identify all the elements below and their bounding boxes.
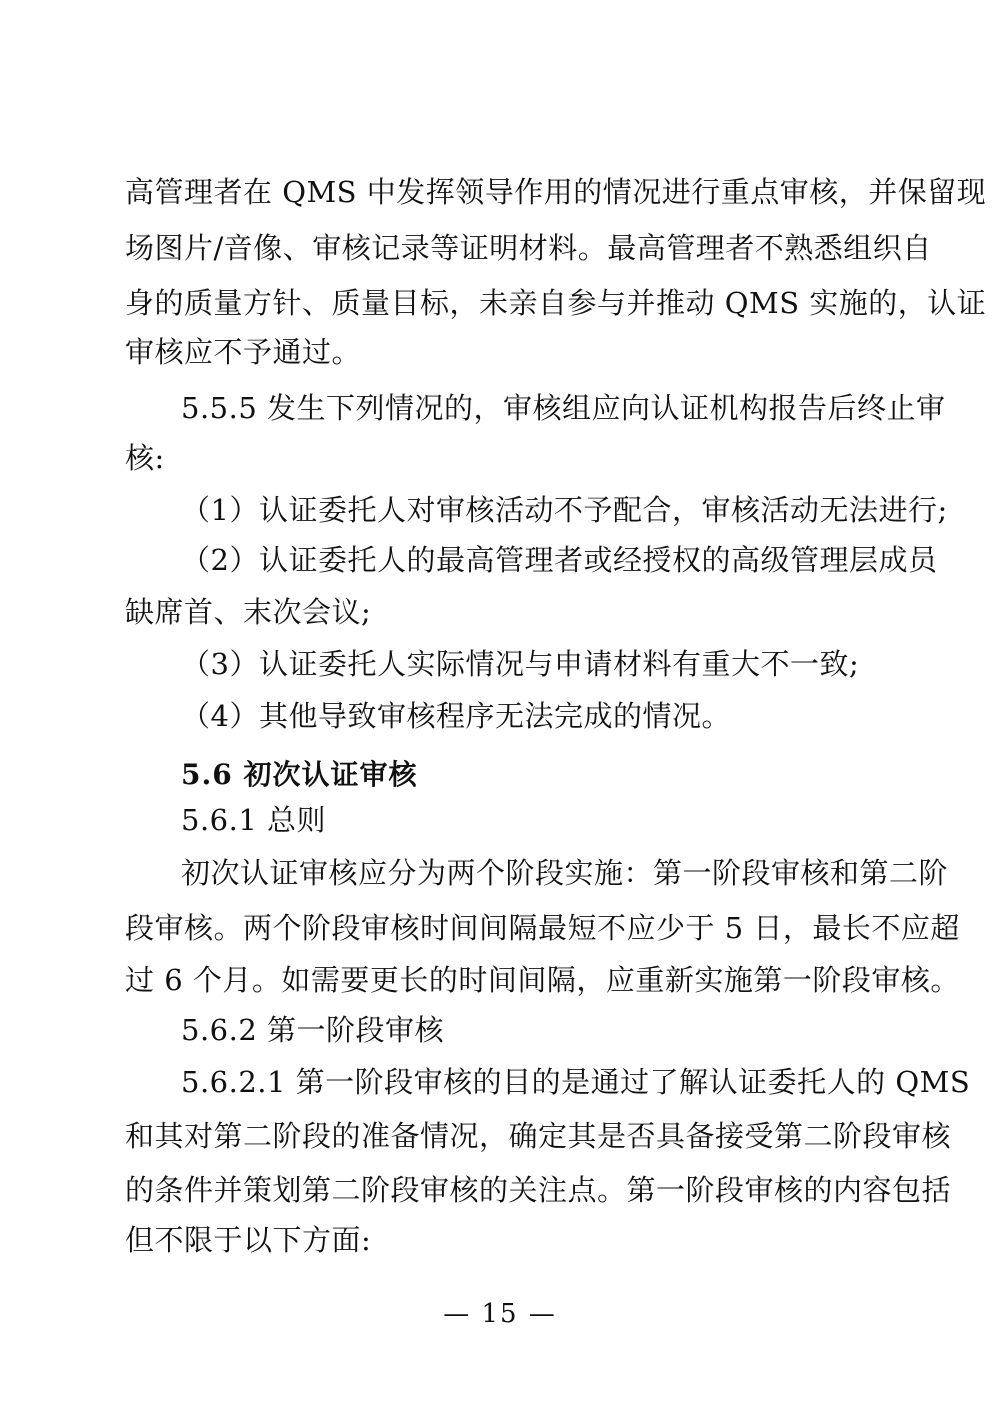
paragraph-line: 缺席首、末次会议; — [125, 594, 877, 630]
clause-5-6-2-1: 5.6.2.1 第一阶段审核的目的是通过了解认证委托人的 QMS — [181, 1064, 877, 1100]
paragraph-line: 审核应不予通过。 — [125, 334, 877, 370]
clause-5-6-2: 5.6.2 第一阶段审核 — [181, 1012, 877, 1048]
page-number: — 15 — — [0, 1296, 1000, 1332]
paragraph-line: 和其对第二阶段的准备情况，确定其是否具备接受第二阶段审核 — [125, 1118, 877, 1154]
paragraph-line: 段审核。两个阶段审核时间间隔最短不应少于 5 日，最长不应超 — [125, 910, 877, 946]
paragraph-line: 场图片/音像、审核记录等证明材料。最高管理者不熟悉组织自 — [125, 230, 877, 266]
clause-5-5-5: 5.5.5 发生下列情况的，审核组应向认证机构报告后终止审 — [181, 390, 877, 426]
paragraph-line: 的条件并策划第二阶段审核的关注点。第一阶段审核的内容包括 — [125, 1172, 877, 1208]
paragraph-line: 核: — [125, 440, 877, 476]
document-page: 高管理者在 QMS 中发挥领导作用的情况进行重点审核，并保留现 场图片/音像、审… — [0, 0, 1000, 1414]
paragraph-line: 身的质量方针、质量目标，未亲自参与并推动 QMS 实施的，认证 — [125, 285, 877, 321]
paragraph-line: 初次认证审核应分为两个阶段实施：第一阶段审核和第二阶 — [181, 855, 877, 891]
paragraph-line: 过 6 个月。如需要更长的时间间隔，应重新实施第一阶段审核。 — [125, 962, 877, 998]
list-item-3: （3）认证委托人实际情况与申请材料有重大不一致; — [181, 646, 877, 682]
section-heading-5-6: 5.6 初次认证审核 — [181, 757, 417, 793]
clause-5-6-1: 5.6.1 总则 — [181, 802, 877, 838]
paragraph-line: 高管理者在 QMS 中发挥领导作用的情况进行重点审核，并保留现 — [125, 174, 877, 210]
list-item-1: （1）认证委托人对审核活动不予配合，审核活动无法进行; — [181, 492, 877, 528]
list-item-4: （4）其他导致审核程序无法完成的情况。 — [181, 698, 877, 734]
paragraph-line: 但不限于以下方面: — [125, 1222, 877, 1258]
list-item-2: （2）认证委托人的最高管理者或经授权的高级管理层成员 — [181, 542, 877, 578]
